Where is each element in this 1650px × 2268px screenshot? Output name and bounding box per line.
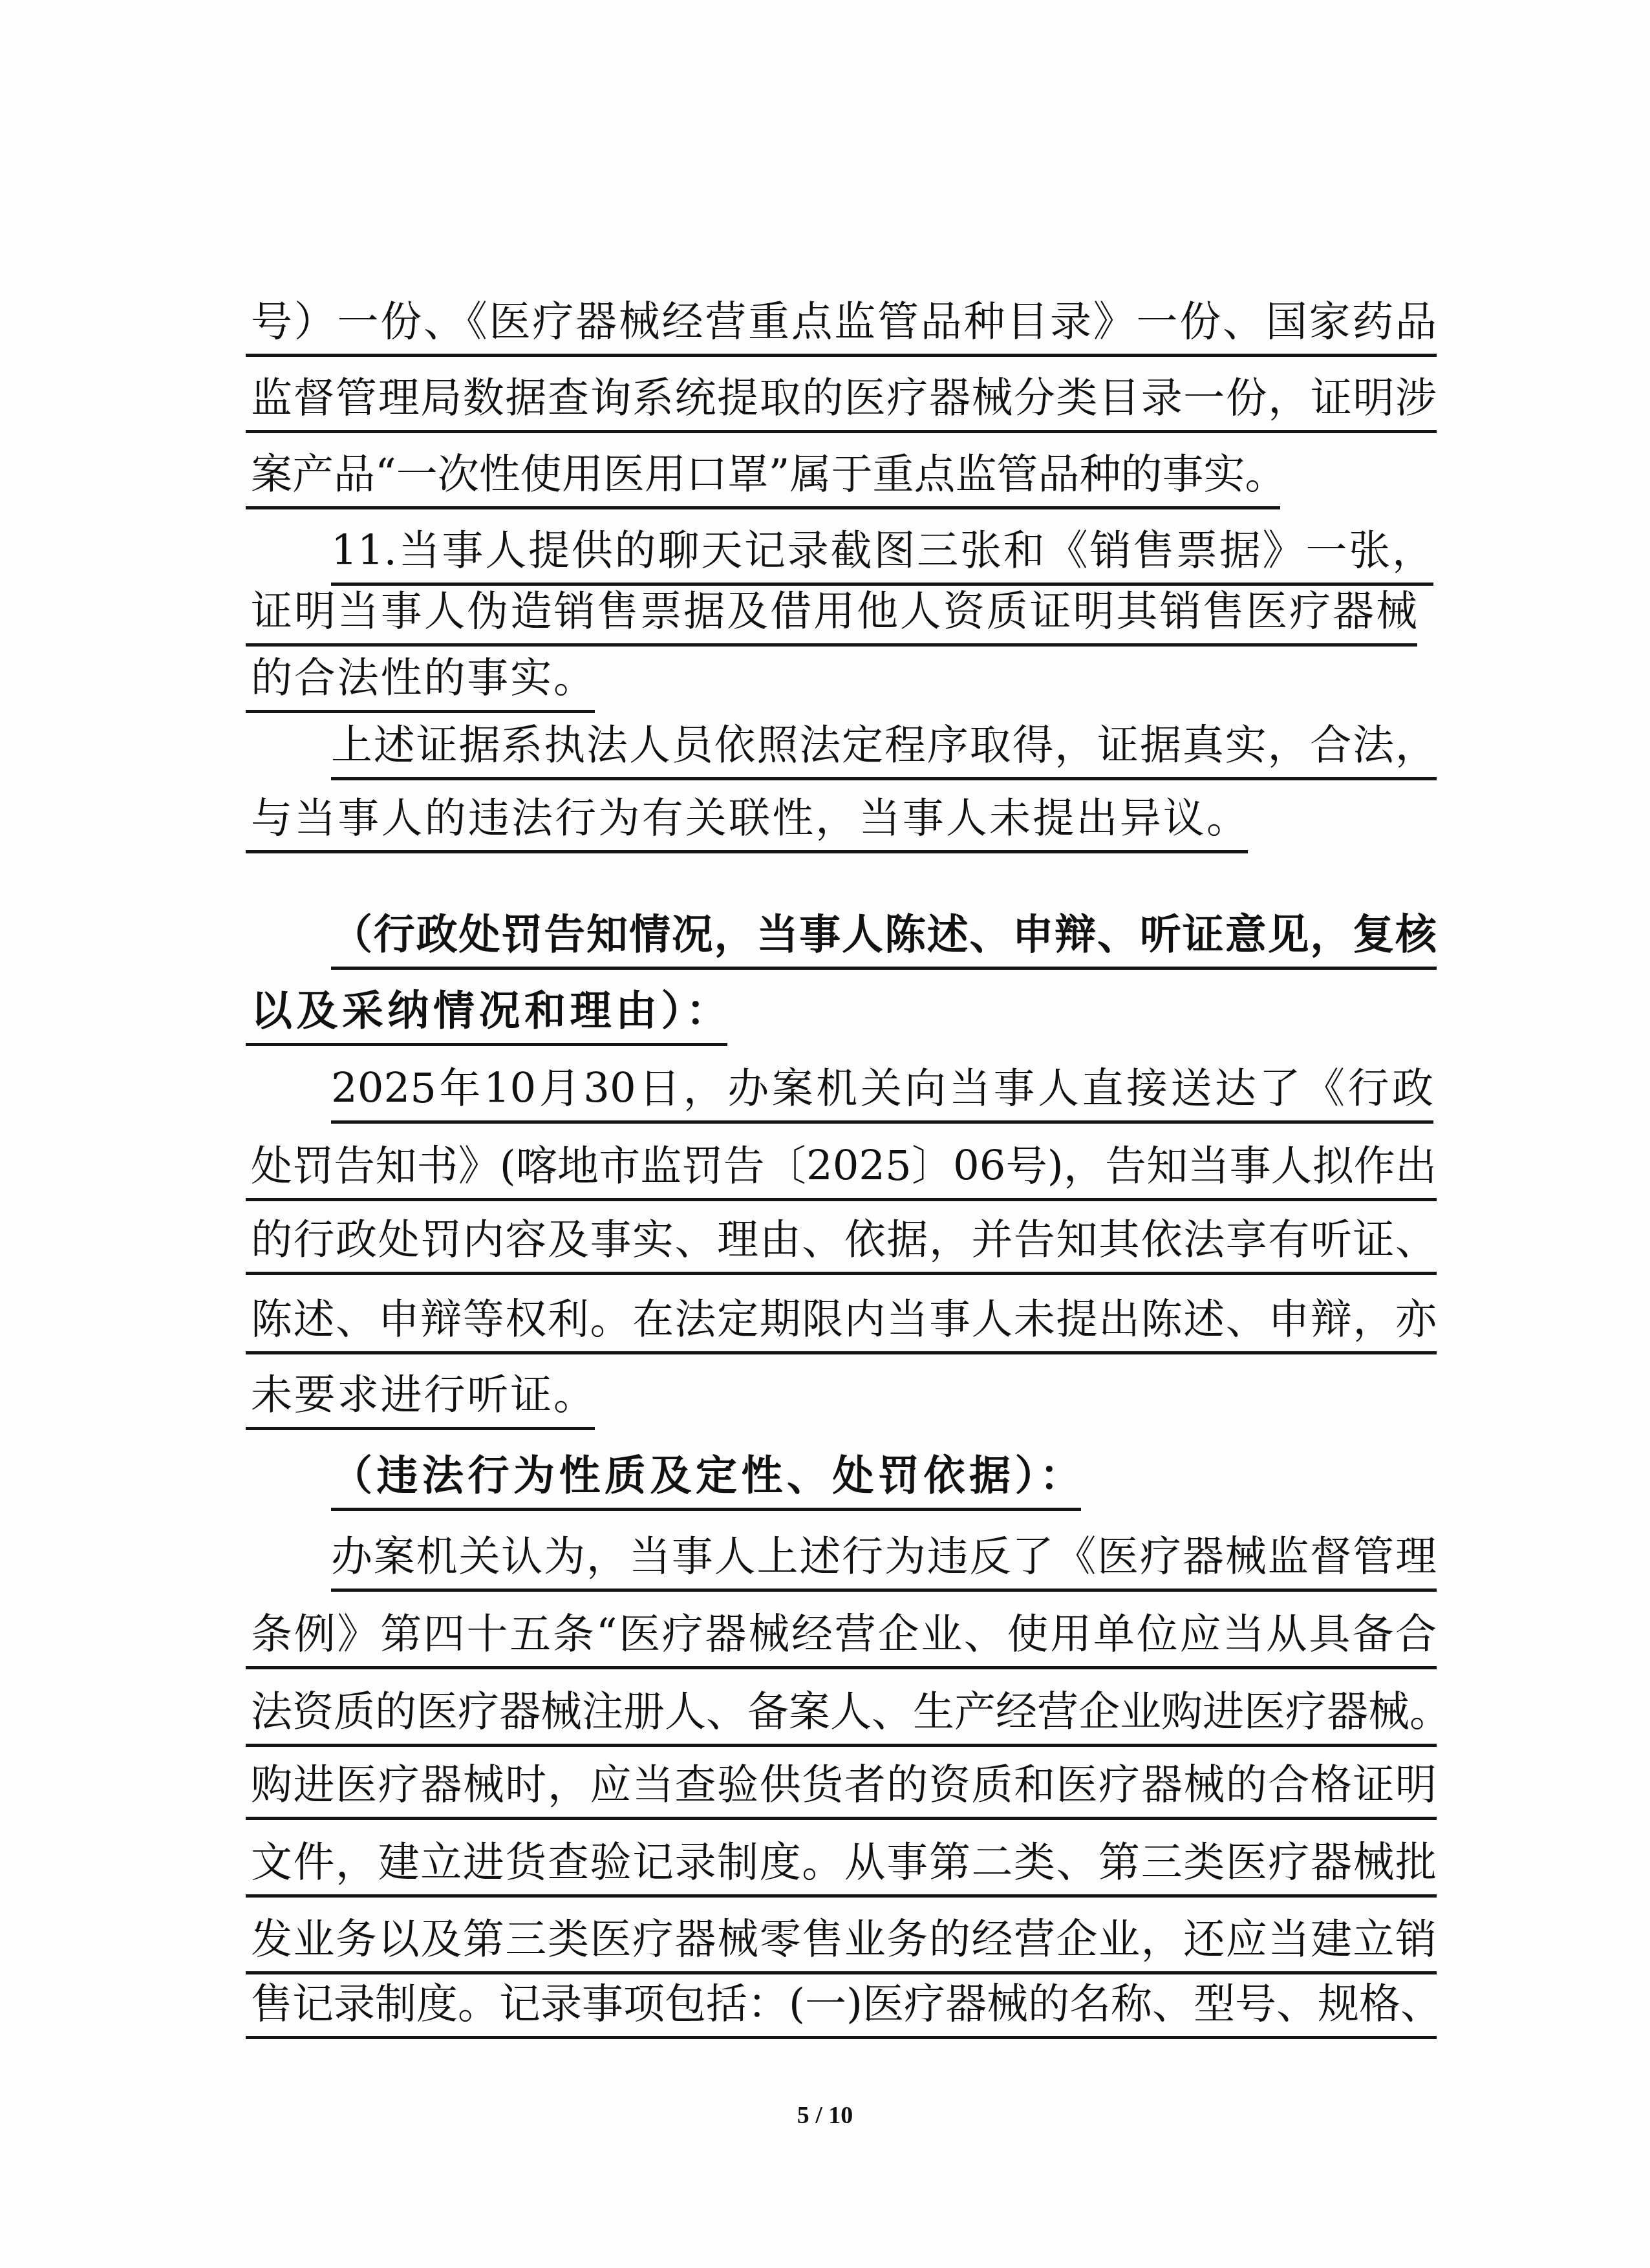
text-line: 未要求进行听证。 xyxy=(246,1365,595,1430)
text-line: 上述证据系执法人员依照法定程序取得，证据真实，合法， xyxy=(331,716,1437,780)
text-line: 的合法性的事实。 xyxy=(246,648,595,713)
section-heading-line: （行政处罚告知情况，当事人陈述、申辩、听证意见，复核 xyxy=(331,905,1437,970)
text-line: 案产品“一次性使用医用口罩”属于重点监管品种的事实。 xyxy=(246,445,1280,509)
text-line: 办案机关认为，当事人上述行为违反了《医疗器械监督管理 xyxy=(331,1527,1437,1592)
text-line: 法资质的医疗器械注册人、备案人、生产经营企业购进医疗器械。 xyxy=(246,1682,1437,1747)
document-page: 号）一份、《医疗器械经营重点监管品种目录》一份、国家药品监督管理局数据查询系统提… xyxy=(0,0,1650,2268)
text-line: 售记录制度。记录事项包括：(一)医疗器械的名称、型号、规格、 xyxy=(246,1974,1437,2039)
text-line: 号）一份、《医疗器械经营重点监管品种目录》一份、国家药品 xyxy=(246,292,1437,357)
text-line: 监督管理局数据查询系统提取的医疗器械分类目录一份，证明涉 xyxy=(246,369,1437,433)
text-line: 文件，建立进货查验记录制度。从事第二类、第三类医疗器械批 xyxy=(246,1833,1437,1898)
text-line: 2025年10月30日，办案机关向当事人直接送达了《行政 xyxy=(331,1059,1433,1124)
text-line: 陈述、申辩等权利。在法定期限内当事人未提出陈述、申辩，亦 xyxy=(246,1290,1437,1354)
page-number: 5 / 10 xyxy=(0,2101,1650,2130)
text-line: 处罚告知书》(喀地市监罚告〔2025〕06号)，告知当事人拟作出 xyxy=(246,1137,1437,1201)
section-heading-line: 以及采纳情况和理由）： xyxy=(246,981,727,1046)
text-line: 发业务以及第三类医疗器械零售业务的经营企业，还应当建立销 xyxy=(246,1910,1437,1974)
text-line: 11.当事人提供的聊天记录截图三张和《销售票据》一张， xyxy=(331,521,1433,586)
text-line: 的行政处罚内容及事实、理由、依据，并告知其依法享有听证、 xyxy=(246,1210,1437,1275)
section-heading-line: （违法行为性质及定性、处罚依据）： xyxy=(331,1446,1081,1511)
text-line: 条例》第四十五条“医疗器械经营企业、使用单位应当从具备合 xyxy=(246,1605,1437,1669)
text-line: 证明当事人伪造销售票据及借用他人资质证明其销售医疗器械 xyxy=(246,582,1417,647)
text-line: 与当事人的违法行为有关联性，当事人未提出异议。 xyxy=(246,789,1248,853)
text-line: 购进医疗器械时，应当查验供货者的资质和医疗器械的合格证明 xyxy=(246,1755,1437,1820)
